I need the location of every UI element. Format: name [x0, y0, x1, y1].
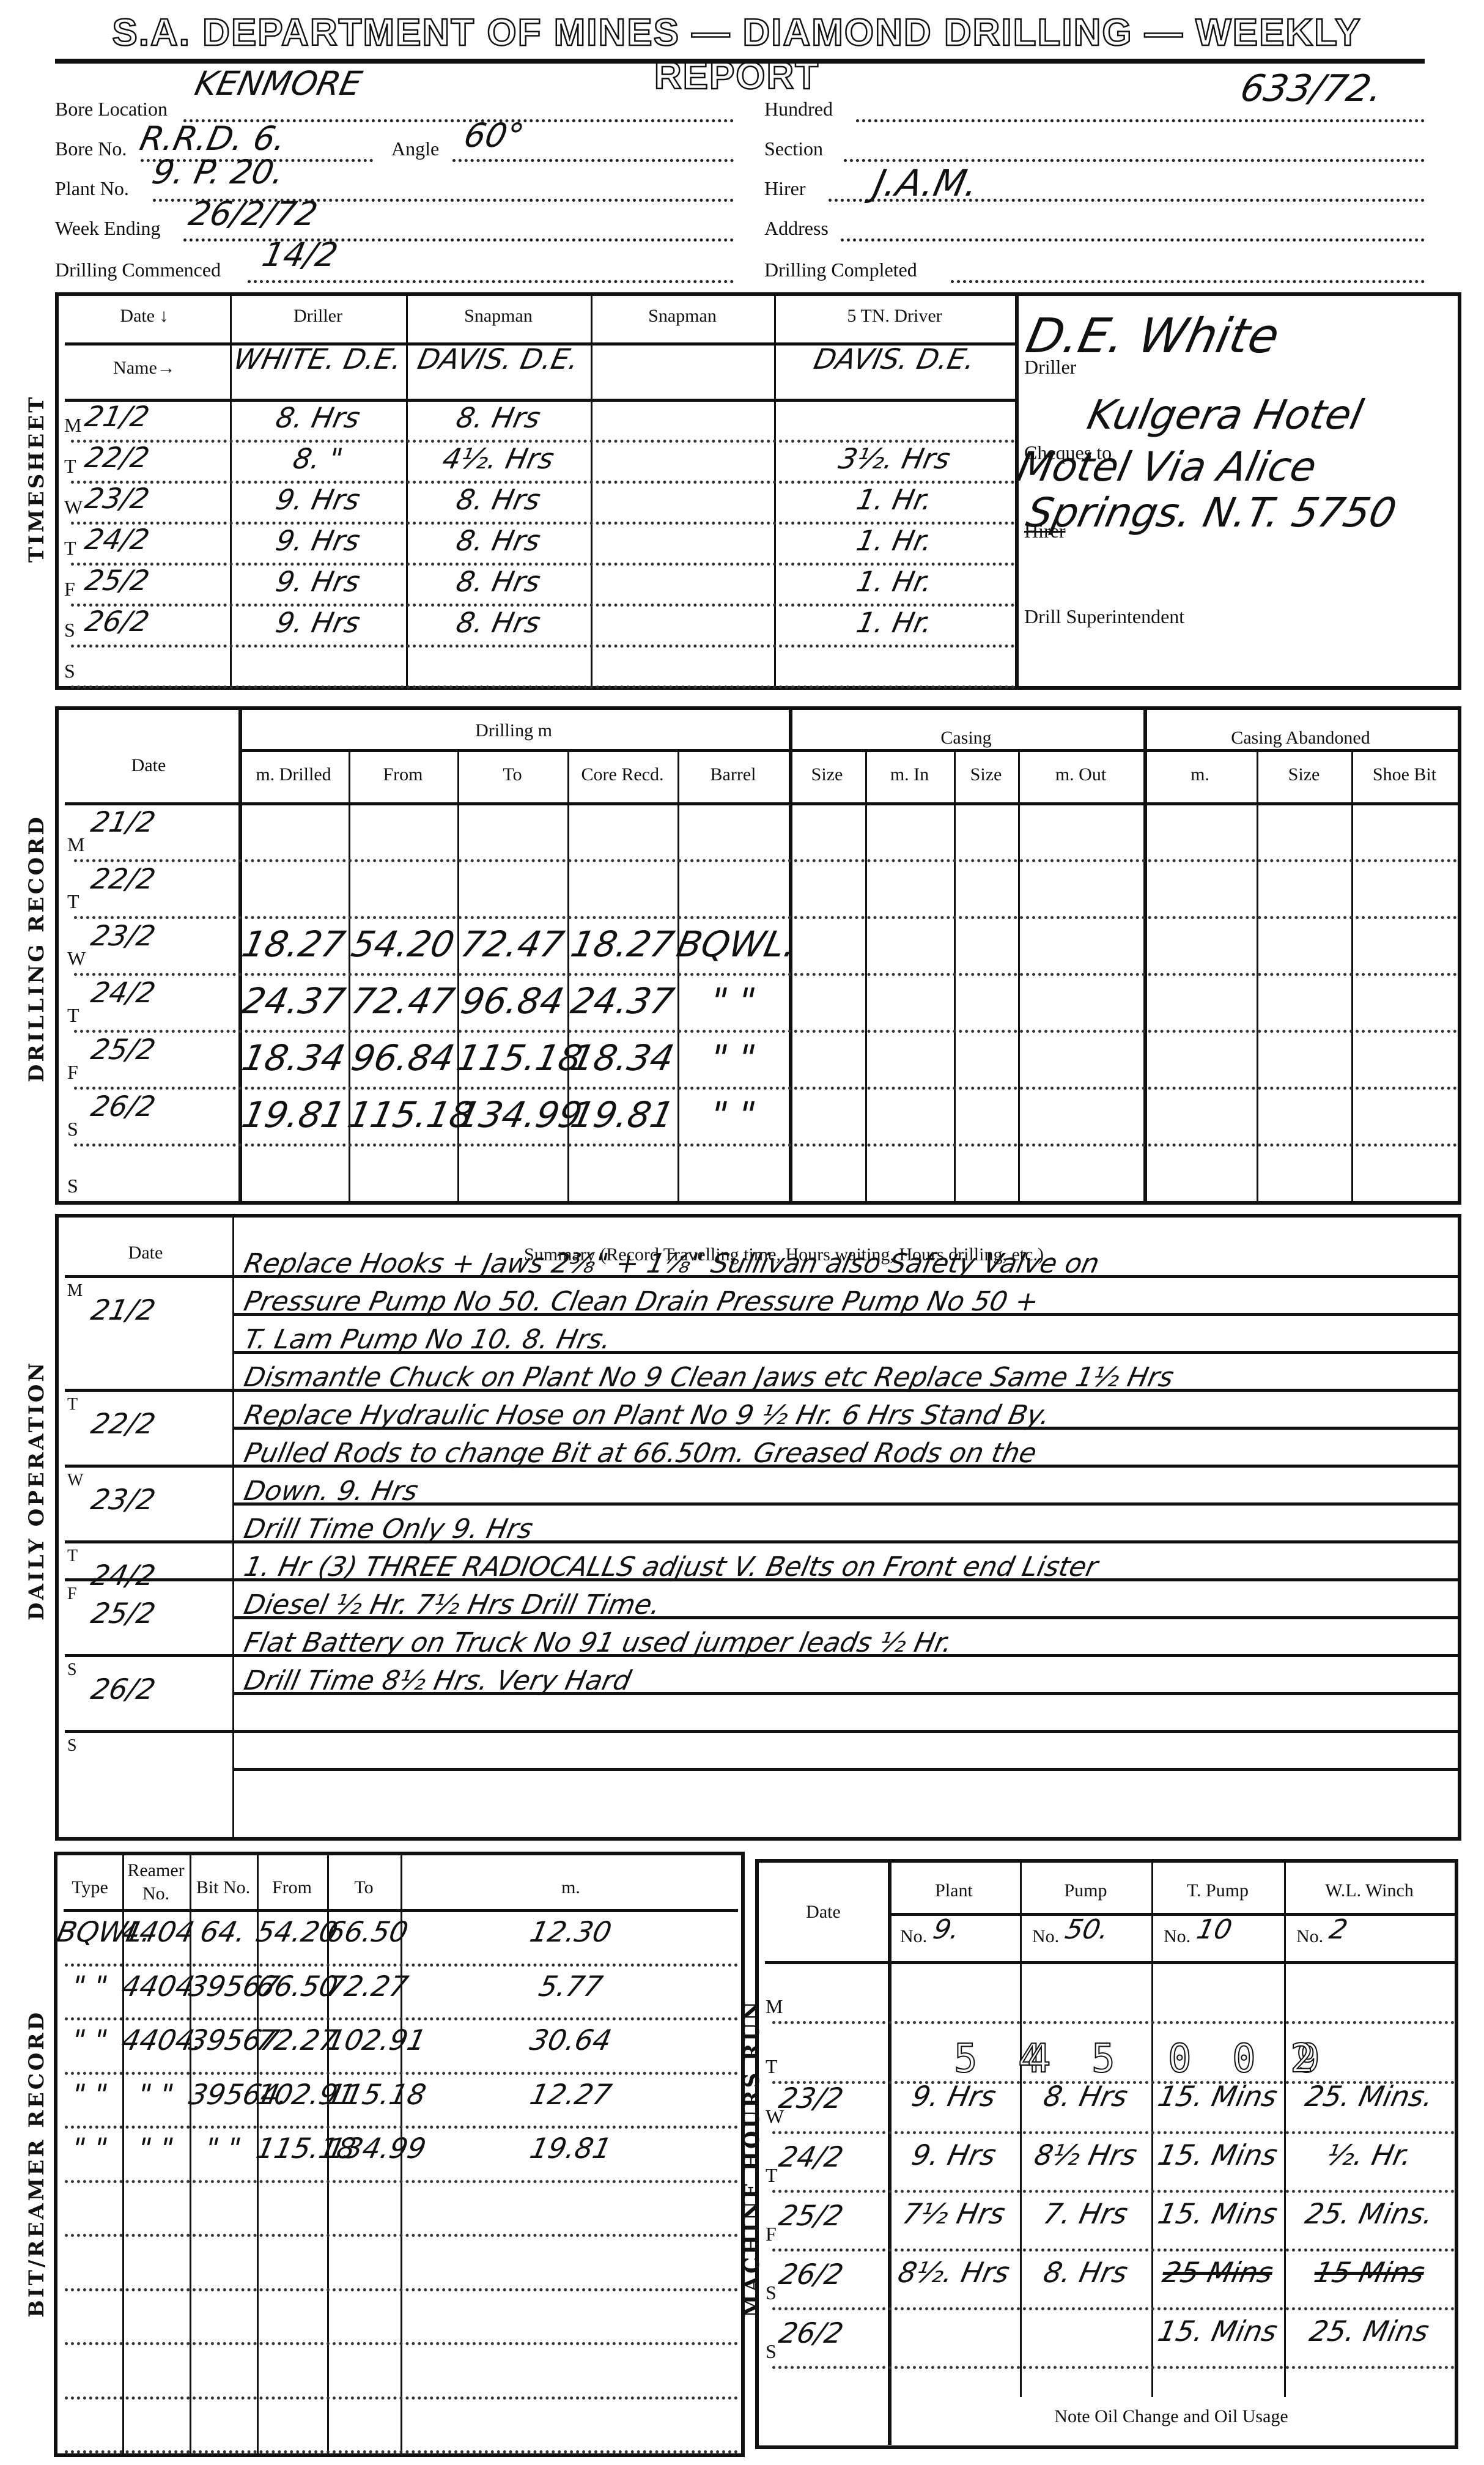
- timesheet-header-3: Snapman: [591, 306, 774, 327]
- bit-reamer-section-label: BIT/REAMER RECORD: [24, 2110, 49, 2318]
- drilling-col-header-3: Core Recd.: [567, 764, 677, 785]
- drilling-cell[interactable]: 18.27: [563, 923, 682, 965]
- angle-label: Angle: [391, 138, 439, 160]
- drilling-date-0[interactable]: 21/2: [88, 805, 158, 838]
- daily-summary-line[interactable]: 1. Hr (3) THREE RADIOCALLS adjust V. Bel…: [242, 1551, 1101, 1583]
- timesheet-cell[interactable]: 4½. Hrs: [402, 442, 594, 475]
- row-dotted-divider: [772, 2131, 1455, 2134]
- row-divider: [232, 1502, 1458, 1506]
- daily-date-1[interactable]: 22/2: [88, 1407, 158, 1440]
- machine-hours-cell[interactable]: 8. Hrs: [1016, 2256, 1154, 2289]
- drilling-cell[interactable]: 18.27: [234, 923, 353, 965]
- machine-day-4: F: [766, 2223, 777, 2245]
- daily-date-header: Date: [59, 1243, 232, 1263]
- counter-stamp-digits: 4 5: [1027, 2036, 1124, 2082]
- drilling-date-5[interactable]: 26/2: [88, 1090, 158, 1123]
- bit-reamer-cell[interactable]: 72.27: [253, 2023, 330, 2057]
- drilling-cell[interactable]: 19.81: [234, 1094, 353, 1136]
- machine-date-3[interactable]: 24/2: [776, 2140, 846, 2173]
- timesheet-day-2: W: [64, 496, 83, 519]
- timesheet-day-5: S: [64, 619, 75, 641]
- bit-reamer-cell[interactable]: BQWL.: [54, 1915, 125, 1948]
- bit-reamer-cell[interactable]: 102.91: [323, 2023, 404, 2057]
- timesheet-day-4: F: [64, 578, 75, 601]
- machine-day-6: S: [766, 2340, 777, 2363]
- machine-hours-cell[interactable]: 7. Hrs: [1016, 2197, 1154, 2230]
- daily-summary-line[interactable]: Down. 9. Hrs: [242, 1476, 421, 1507]
- timesheet-day-3: T: [64, 537, 76, 560]
- bit-reamer-header-0: Type: [57, 1877, 122, 1898]
- daily-summary-line[interactable]: Drill Time Only 9. Hrs: [242, 1513, 536, 1545]
- row-dotted-divider: [65, 2397, 738, 2400]
- timesheet-header-0: Date ↓: [59, 306, 230, 327]
- timesheet-cell[interactable]: 1. Hr.: [770, 565, 1018, 598]
- address-label: Address: [764, 217, 829, 240]
- drilling-col-header-5: Size: [789, 764, 865, 785]
- machine-hours-cell[interactable]: 25. Mins.: [1280, 2197, 1458, 2230]
- bit-reamer-cell[interactable]: 39567: [186, 1970, 260, 2003]
- timesheet-date-4[interactable]: 25/2: [82, 564, 152, 597]
- drilling-col-header-10: Size: [1257, 764, 1351, 785]
- machine-hours-cell[interactable]: 8½ Hrs: [1016, 2138, 1154, 2171]
- row-dotted-divider: [71, 686, 1015, 689]
- machine-col-header-1: Pump: [1020, 1880, 1151, 1901]
- bit-reamer-cell[interactable]: 12.30: [397, 1915, 744, 1948]
- drilling-completed-label: Drilling Completed: [764, 259, 917, 281]
- bit-reamer-cell[interactable]: " ": [119, 2132, 193, 2165]
- daily-summary-line[interactable]: Pressure Pump No 50. Clean Drain Pressur…: [242, 1286, 1042, 1317]
- drilling-cell[interactable]: " ": [673, 980, 793, 1022]
- drilling-col-header-11: Shoe Bit: [1351, 764, 1458, 785]
- bit-reamer-cell[interactable]: 115.18: [323, 2078, 404, 2111]
- row-divider: [64, 1909, 738, 1912]
- cheques-to-line-1[interactable]: Kulgera Hotel: [1083, 391, 1367, 438]
- drilling-col-header-4: Barrel: [677, 764, 789, 785]
- machine-col-header-0: Plant: [888, 1880, 1020, 1901]
- drilling-cell[interactable]: 134.99: [453, 1094, 572, 1136]
- hirer-side-label: Hirer: [1024, 520, 1066, 542]
- week-ending-value[interactable]: 26/2/72: [185, 194, 321, 233]
- bit-reamer-cell[interactable]: " ": [119, 2078, 193, 2111]
- daily-day-3: T: [67, 1547, 78, 1566]
- timesheet-name-0[interactable]: WHITE. D.E.: [226, 342, 409, 375]
- drilling-cell[interactable]: 96.84: [344, 1037, 462, 1079]
- row-dotted-divider: [74, 1030, 1458, 1033]
- timesheet-date-3[interactable]: 24/2: [82, 523, 152, 556]
- row-divider: [238, 749, 1458, 752]
- timesheet-cell[interactable]: 9. Hrs: [226, 483, 409, 516]
- drilling-col-header-6: m. In: [865, 764, 954, 785]
- machine-col-no-label-1: No.: [1032, 1926, 1059, 1947]
- drilling-cell[interactable]: 54.20: [344, 923, 462, 965]
- section-label: Section: [764, 138, 823, 160]
- machine-day-3: T: [766, 2164, 778, 2187]
- drilling-cell[interactable]: " ": [673, 1094, 793, 1136]
- daily-summary-line[interactable]: Flat Battery on Truck No 91 used jumper …: [242, 1627, 956, 1658]
- column-divider: [232, 1218, 234, 1837]
- drilling-cell[interactable]: 115.18: [453, 1037, 572, 1079]
- machine-hours-cell[interactable]: 15. Mins: [1148, 2080, 1287, 2113]
- bit-reamer-cell[interactable]: 19.81: [397, 2132, 744, 2165]
- title-rule: [55, 59, 1425, 64]
- drilling-commenced-value[interactable]: 14/2: [259, 235, 341, 274]
- drilling-day-1: T: [67, 890, 79, 913]
- timesheet-date-2[interactable]: 23/2: [82, 482, 152, 515]
- timesheet-cell[interactable]: 8. Hrs: [226, 401, 409, 434]
- drilling-day-4: F: [67, 1061, 78, 1084]
- timesheet-header-2: Snapman: [406, 306, 591, 327]
- machine-hours-cell[interactable]: 8½. Hrs: [884, 2256, 1023, 2289]
- bit-reamer-cell[interactable]: 30.64: [397, 2023, 744, 2057]
- machine-hours-cell[interactable]: 25. Mins.: [1280, 2080, 1458, 2113]
- row-dotted-divider: [772, 2021, 1455, 2024]
- column-divider: [1020, 1863, 1022, 2397]
- row-dotted-divider: [74, 859, 1458, 862]
- daily-summary-line[interactable]: Dismantle Chuck on Plant No 9 Clean Jaws…: [242, 1362, 1176, 1393]
- daily-summary-line[interactable]: T. Lam Pump No 10. 8. Hrs.: [242, 1324, 615, 1355]
- machine-hours-cell[interactable]: 8. Hrs: [1016, 2080, 1154, 2113]
- bit-reamer-cell[interactable]: " ": [54, 2078, 125, 2111]
- row-dotted-divider: [74, 1144, 1458, 1147]
- drilling-cell[interactable]: 18.34: [234, 1037, 353, 1079]
- daily-summary-line[interactable]: Diesel ½ Hr. 7½ Hrs Drill Time.: [242, 1589, 663, 1621]
- drilling-completed-line: [951, 280, 1425, 283]
- bore-no-label: Bore No.: [55, 138, 127, 160]
- casing-group-header: Casing: [789, 728, 1143, 748]
- drilling-day-3: T: [67, 1004, 79, 1027]
- row-dotted-divider: [772, 2366, 1455, 2369]
- timesheet-cell[interactable]: 9. Hrs: [226, 606, 409, 639]
- timesheet-cell[interactable]: 1. Hr.: [770, 483, 1018, 516]
- row-divider: [232, 1730, 1458, 1733]
- drilling-cell[interactable]: 72.47: [453, 923, 572, 965]
- daily-summary-line[interactable]: Replace Hooks + Jaws 2⅜" + 1⅞" Sullivan …: [242, 1248, 1102, 1279]
- timesheet-cell[interactable]: 8. Hrs: [402, 483, 594, 516]
- driller-signature[interactable]: D.E. White: [1021, 309, 1284, 364]
- drilling-group-header: Drilling m: [238, 720, 789, 741]
- bore-location-value[interactable]: KENMORE: [191, 64, 365, 103]
- drilling-cell[interactable]: 96.84: [453, 980, 572, 1022]
- bit-reamer-cell[interactable]: 115.18: [253, 2132, 330, 2165]
- angle-line: [452, 159, 734, 162]
- machine-col-no-label-3: No.: [1296, 1926, 1323, 1947]
- bit-reamer-cell[interactable]: 66.50: [323, 1915, 404, 1948]
- row-dotted-divider: [65, 1964, 738, 1967]
- machine-hours-cell[interactable]: 15 Mins: [1280, 2256, 1458, 2289]
- address-line: [841, 238, 1425, 242]
- daily-day-2: W: [67, 1471, 83, 1490]
- drilling-cell[interactable]: 115.18: [344, 1094, 462, 1136]
- timesheet-name-row-label: Name→: [59, 358, 230, 379]
- bit-reamer-cell[interactable]: 134.99: [323, 2132, 404, 2165]
- drilling-date-1[interactable]: 22/2: [88, 862, 158, 895]
- timesheet-header-1: Driller: [230, 306, 406, 327]
- row-divider: [65, 1654, 232, 1657]
- row-divider: [65, 1540, 232, 1543]
- row-dotted-divider: [65, 2234, 738, 2237]
- row-dotted-divider: [772, 2307, 1455, 2310]
- timesheet-cell[interactable]: 8. ": [226, 442, 409, 475]
- casing-abandoned-group-header: Casing Abandoned: [1143, 728, 1458, 748]
- bit-reamer-cell[interactable]: 12.27: [397, 2078, 744, 2111]
- row-dotted-divider: [772, 2190, 1455, 2193]
- machine-date-5[interactable]: 26/2: [776, 2258, 846, 2291]
- daily-summary-line[interactable]: Replace Hydraulic Hose on Plant No 9 ½ H…: [242, 1400, 1053, 1431]
- bit-reamer-cell[interactable]: 64.: [186, 1915, 260, 1948]
- machine-date-2[interactable]: 23/2: [776, 2082, 846, 2115]
- timesheet-day-0: M: [64, 414, 81, 437]
- drilling-date-4[interactable]: 25/2: [88, 1033, 158, 1066]
- drilling-col-header-2: To: [457, 764, 567, 785]
- drilling-cell[interactable]: BQWL.: [673, 923, 793, 965]
- machine-hours-cell[interactable]: 9. Hrs: [884, 2080, 1023, 2113]
- hundred-line: [856, 119, 1425, 122]
- row-divider: [65, 1730, 232, 1733]
- machine-col-no-value-1[interactable]: 50.: [1063, 1914, 1112, 1945]
- row-dotted-divider: [65, 2017, 738, 2020]
- drilling-day-2: W: [67, 947, 86, 970]
- row-divider: [65, 1465, 232, 1468]
- machine-hours-cell[interactable]: 9. Hrs: [884, 2138, 1023, 2171]
- machine-date-4[interactable]: 25/2: [776, 2199, 846, 2232]
- bore-no-value[interactable]: R.R.D. 6.: [136, 119, 289, 158]
- daily-day-5: S: [67, 1660, 77, 1680]
- drilling-col-header-7: Size: [954, 764, 1018, 785]
- week-ending-label: Week Ending: [55, 217, 160, 240]
- daily-operation-section-label: DAILY OPERATION: [24, 1437, 49, 1621]
- column-divider: [1151, 1863, 1153, 2397]
- row-dotted-divider: [65, 2072, 738, 2075]
- row-divider: [232, 1768, 1458, 1771]
- machine-day-1: T: [766, 2055, 778, 2078]
- drilling-col-header-0: m. Drilled: [238, 764, 349, 785]
- timesheet-name-1[interactable]: DAVIS. D.E.: [402, 342, 594, 375]
- bit-reamer-header-1: Reamer No.: [122, 1859, 190, 1905]
- row-divider: [65, 1389, 232, 1392]
- timesheet-cell[interactable]: 8. Hrs: [402, 565, 594, 598]
- daily-date-3[interactable]: 24/2: [88, 1559, 158, 1592]
- machine-hours-cell[interactable]: 25 Mins: [1148, 2256, 1287, 2289]
- machine-hours-cell[interactable]: 15. Mins: [1148, 2315, 1287, 2348]
- drilling-day-5: S: [67, 1118, 78, 1140]
- bit-reamer-cell[interactable]: 72.27: [323, 1970, 404, 2003]
- timesheet-cell[interactable]: 9. Hrs: [226, 565, 409, 598]
- row-divider: [65, 1275, 232, 1278]
- machine-date-6[interactable]: 26/2: [776, 2316, 846, 2349]
- drilling-date-2[interactable]: 23/2: [88, 919, 158, 952]
- row-dotted-divider: [74, 973, 1458, 976]
- machine-day-0: M: [766, 1995, 783, 2018]
- hundred-label: Hundred: [764, 98, 833, 120]
- daily-date-0[interactable]: 21/2: [88, 1293, 158, 1326]
- row-dotted-divider: [74, 916, 1458, 919]
- row-dotted-divider: [65, 2288, 738, 2291]
- bit-reamer-cell[interactable]: 54.20: [253, 1915, 330, 1948]
- bit-reamer-header-5: m.: [401, 1877, 741, 1898]
- row-dotted-divider: [65, 2342, 738, 2345]
- daily-day-1: T: [67, 1395, 78, 1414]
- drilling-col-header-1: From: [349, 764, 457, 785]
- cheques-to-line-3[interactable]: Springs. N.T. 5750: [1022, 489, 1400, 536]
- bit-reamer-cell[interactable]: 4404: [119, 1915, 193, 1948]
- daily-day-4: F: [67, 1584, 77, 1604]
- drilling-commenced-line: [248, 280, 734, 283]
- drilling-cell[interactable]: 19.81: [563, 1094, 682, 1136]
- timesheet-date-0[interactable]: 21/2: [82, 400, 152, 433]
- bit-reamer-cell[interactable]: " ": [54, 2132, 125, 2165]
- daily-date-2[interactable]: 23/2: [88, 1483, 158, 1516]
- timesheet-section-label: TIMESHEET: [24, 440, 49, 563]
- row-dotted-divider: [65, 2450, 738, 2453]
- drill-superintendent-label: Drill Superintendent: [1024, 605, 1184, 628]
- machine-hours-cell[interactable]: 7½ Hrs: [884, 2197, 1023, 2230]
- cheques-to-line-2[interactable]: Motel Via Alice: [1013, 443, 1321, 490]
- row-dotted-divider: [74, 1087, 1458, 1090]
- daily-date-5[interactable]: 26/2: [88, 1672, 158, 1706]
- daily-summary-line[interactable]: Pulled Rods to change Bit at 66.50m. Gre…: [242, 1438, 1039, 1469]
- bit-reamer-cell[interactable]: 66.50: [253, 1970, 330, 2003]
- bit-reamer-cell[interactable]: " ": [54, 2023, 125, 2057]
- timesheet-day-6: S: [64, 660, 75, 682]
- bit-reamer-cell[interactable]: " ": [186, 2132, 260, 2165]
- machine-col-no-value-2[interactable]: 10: [1194, 1914, 1235, 1945]
- drilling-cell[interactable]: 18.34: [563, 1037, 682, 1079]
- timesheet-date-1[interactable]: 22/2: [82, 441, 152, 474]
- oil-usage-note: Note Oil Change and Oil Usage: [888, 2406, 1455, 2427]
- drilling-col-header-9: m.: [1143, 764, 1257, 785]
- row-dotted-divider: [65, 2126, 738, 2129]
- counter-stamp-digits: 2: [1290, 2036, 1323, 2082]
- row-divider: [765, 1961, 1455, 1964]
- timesheet-header-4: 5 TN. Driver: [774, 306, 1015, 327]
- daily-day-6: S: [67, 1736, 77, 1756]
- bit-reamer-header-4: To: [327, 1877, 401, 1898]
- daily-summary-line[interactable]: Drill Time 8½ Hrs. Very Hard: [242, 1665, 634, 1696]
- drilling-cell[interactable]: 72.47: [344, 980, 462, 1022]
- machine-col-no-label-0: No.: [900, 1926, 927, 1947]
- machine-hours-cell[interactable]: 15. Mins: [1148, 2197, 1287, 2230]
- machine-col-header-3: W.L. Winch: [1284, 1880, 1455, 1901]
- bit-reamer-cell[interactable]: 4404: [119, 1970, 193, 2003]
- timesheet-cell[interactable]: 8. Hrs: [402, 401, 594, 434]
- row-dotted-divider: [772, 2249, 1455, 2252]
- angle-value[interactable]: 60°: [460, 116, 527, 155]
- machine-hours-cell[interactable]: 25. Mins: [1280, 2315, 1458, 2348]
- drilling-col-header-8: m. Out: [1018, 764, 1143, 785]
- daily-day-0: M: [67, 1281, 83, 1301]
- machine-col-no-label-2: No.: [1164, 1926, 1191, 1947]
- timesheet-cell[interactable]: 3½. Hrs: [770, 442, 1018, 475]
- row-dotted-divider: [71, 645, 1015, 648]
- bit-reamer-cell[interactable]: 102.91: [253, 2078, 330, 2111]
- row-divider: [888, 1913, 1455, 1916]
- bit-reamer-header-3: From: [257, 1877, 327, 1898]
- timesheet-cell[interactable]: 1. Hr.: [770, 606, 1018, 639]
- drilling-commenced-label: Drilling Commenced: [55, 259, 221, 281]
- machine-hours-cell[interactable]: ½. Hr.: [1280, 2138, 1458, 2171]
- bit-reamer-header-2: Bit No.: [190, 1877, 257, 1898]
- bit-reamer-cell[interactable]: 5.77: [397, 1970, 744, 2003]
- plant-no-value[interactable]: 9. P. 20.: [149, 153, 287, 191]
- machine-hours-cell[interactable]: 15. Mins: [1148, 2138, 1287, 2171]
- drilling-day-0: M: [67, 833, 84, 856]
- bit-reamer-cell[interactable]: 39564.: [186, 2078, 260, 2111]
- timesheet-cell[interactable]: 8. Hrs: [402, 606, 594, 639]
- timesheet-cell[interactable]: 8. Hrs: [402, 524, 594, 557]
- bit-reamer-cell[interactable]: " ": [54, 1970, 125, 2003]
- row-divider: [65, 802, 1458, 805]
- timesheet-day-1: T: [64, 455, 76, 478]
- report-reference: 633/72.: [1237, 67, 1387, 110]
- drilling-cell[interactable]: 24.37: [563, 980, 682, 1022]
- drilling-record-section-label: DRILLING RECORD: [24, 899, 49, 1082]
- drilling-cell[interactable]: " ": [673, 1037, 793, 1079]
- bit-reamer-cell[interactable]: 4404.: [119, 2023, 193, 2057]
- machine-date-header: Date: [759, 1902, 888, 1923]
- hirer-value[interactable]: J.A.M.: [870, 162, 983, 205]
- timesheet-cell[interactable]: 1. Hr.: [770, 524, 1018, 557]
- drilling-date-3[interactable]: 24/2: [88, 976, 158, 1009]
- row-dotted-divider: [65, 2180, 738, 2183]
- machine-day-5: S: [766, 2282, 777, 2304]
- drilling-cell[interactable]: 24.37: [234, 980, 353, 1022]
- hirer-label: Hirer: [764, 177, 806, 200]
- bore-location-label: Bore Location: [55, 98, 168, 120]
- drilling-day-6: S: [67, 1175, 78, 1197]
- bit-reamer-cell[interactable]: 39567: [186, 2023, 260, 2057]
- drilling-date-header: Date: [59, 755, 238, 776]
- daily-date-4[interactable]: 25/2: [88, 1597, 158, 1630]
- timesheet-date-5[interactable]: 26/2: [82, 605, 152, 638]
- plant-no-label: Plant No.: [55, 177, 129, 200]
- timesheet-name-3[interactable]: DAVIS. D.E.: [770, 342, 1018, 375]
- machine-col-header-2: T. Pump: [1151, 1880, 1284, 1901]
- timesheet-cell[interactable]: 9. Hrs: [226, 524, 409, 557]
